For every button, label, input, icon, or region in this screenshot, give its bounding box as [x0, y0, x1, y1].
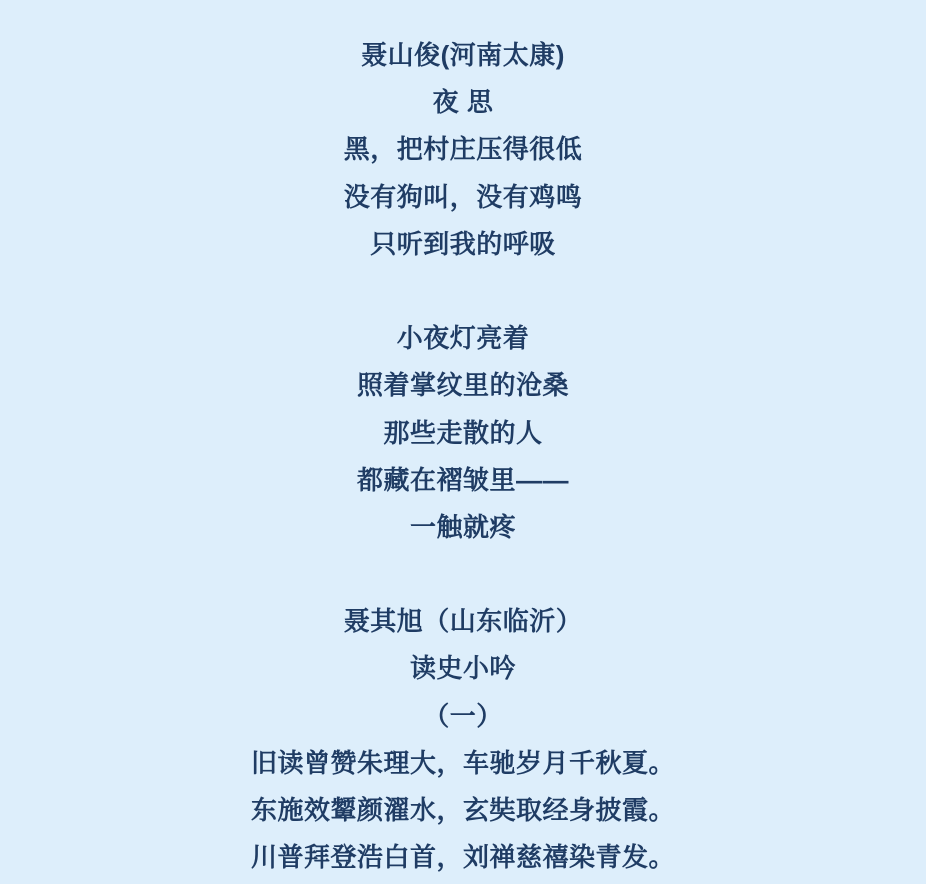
poem-title-line: 读史小吟 — [0, 645, 926, 692]
blank-line — [0, 268, 926, 315]
verse-line: 那些走散的人 — [0, 410, 926, 457]
verse-line: 旧读曾赞朱理大，车驰岁月千秋夏。 — [0, 740, 926, 787]
author-line: 聂其旭（山东临沂） — [0, 598, 926, 645]
verse-line: 黑，把村庄压得很低 — [0, 126, 926, 173]
verse-line: 只听到我的呼吸 — [0, 221, 926, 268]
verse-line: 都藏在褶皱里—— — [0, 457, 926, 504]
poem-title-line: 夜 思 — [0, 79, 926, 126]
verse-line: 一触就疼 — [0, 504, 926, 551]
blank-line — [0, 551, 926, 598]
verse-line: 东施效颦颜濯水，玄奘取经身披霞。 — [0, 787, 926, 834]
author-line: 聂山俊(河南太康) — [0, 32, 926, 79]
section-number-line: （一） — [0, 693, 926, 740]
verse-line: 小夜灯亮着 — [0, 315, 926, 362]
verse-line: 川普拜登浩白首，刘禅慈禧染青发。 — [0, 834, 926, 881]
verse-line: 没有狗叫，没有鸡鸣 — [0, 174, 926, 221]
poem-page: 聂山俊(河南太康)夜 思黑，把村庄压得很低没有狗叫，没有鸡鸣只听到我的呼吸小夜灯… — [0, 0, 926, 884]
verse-line: 照着掌纹里的沧桑 — [0, 362, 926, 409]
